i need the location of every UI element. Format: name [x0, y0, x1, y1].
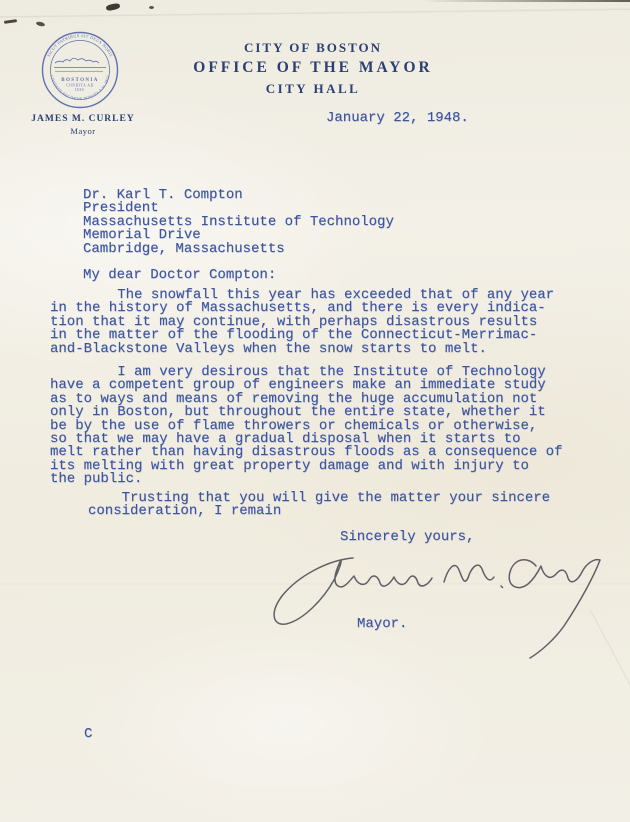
seal-ring-text-top: SICUT PATRIBUS SIT DEUS NOBIS: [46, 33, 114, 58]
paper-crease: [0, 4, 630, 22]
salutation: My dear Doctor Compton:: [83, 269, 276, 282]
letterhead-city: CITY OF BOSTON: [178, 40, 448, 56]
signature-stroke-curley: [509, 560, 600, 658]
ink-smudge: [149, 6, 154, 9]
signature-stroke-james: [274, 558, 432, 624]
seal-year-text: 1630.: [74, 88, 85, 92]
official-title: Mayor: [30, 126, 136, 136]
recipient-address-block: Dr. Karl T. Compton President Massachuse…: [83, 189, 394, 256]
letterhead-hall: CITY HALL: [178, 81, 448, 97]
scan-edge-shadow: [420, 0, 630, 2]
letter-date: January 22, 1948.: [326, 112, 469, 125]
ink-smudge: [36, 21, 46, 27]
scanned-letter-page: SICUT PATRIBUS SIT DEUS NOBIS CIVITATIS …: [0, 0, 630, 822]
ink-smudge: [106, 3, 121, 12]
seal-condita-text: CONDITA AD: [66, 84, 94, 88]
seal-outer-ring: [43, 33, 118, 108]
typist-file-mark: C: [84, 728, 92, 741]
signature-title: Mayor.: [357, 618, 407, 631]
boston-city-seal-icon: SICUT PATRIBUS SIT DEUS NOBIS CIVITATIS …: [40, 30, 120, 110]
complimentary-closing: Sincerely yours,: [340, 531, 474, 544]
signature-james-m-curley: [258, 546, 620, 664]
letterhead-office: OFFICE OF THE MAYOR: [178, 59, 448, 77]
official-name: JAMES M. CURLEY: [30, 114, 136, 124]
ink-smudge: [4, 19, 17, 24]
signature-stroke-m: [444, 565, 503, 587]
body-paragraph-2: I am very desirous that the Institute of…: [50, 366, 562, 487]
seal-skyline-scene: [54, 58, 106, 72]
body-paragraph-3: Trusting that you will give the matter y…: [88, 492, 550, 519]
seal-bostonia-text: BOSTONIA: [61, 78, 99, 83]
body-paragraph-1: The snowfall this year has exceeded that…: [50, 289, 554, 356]
